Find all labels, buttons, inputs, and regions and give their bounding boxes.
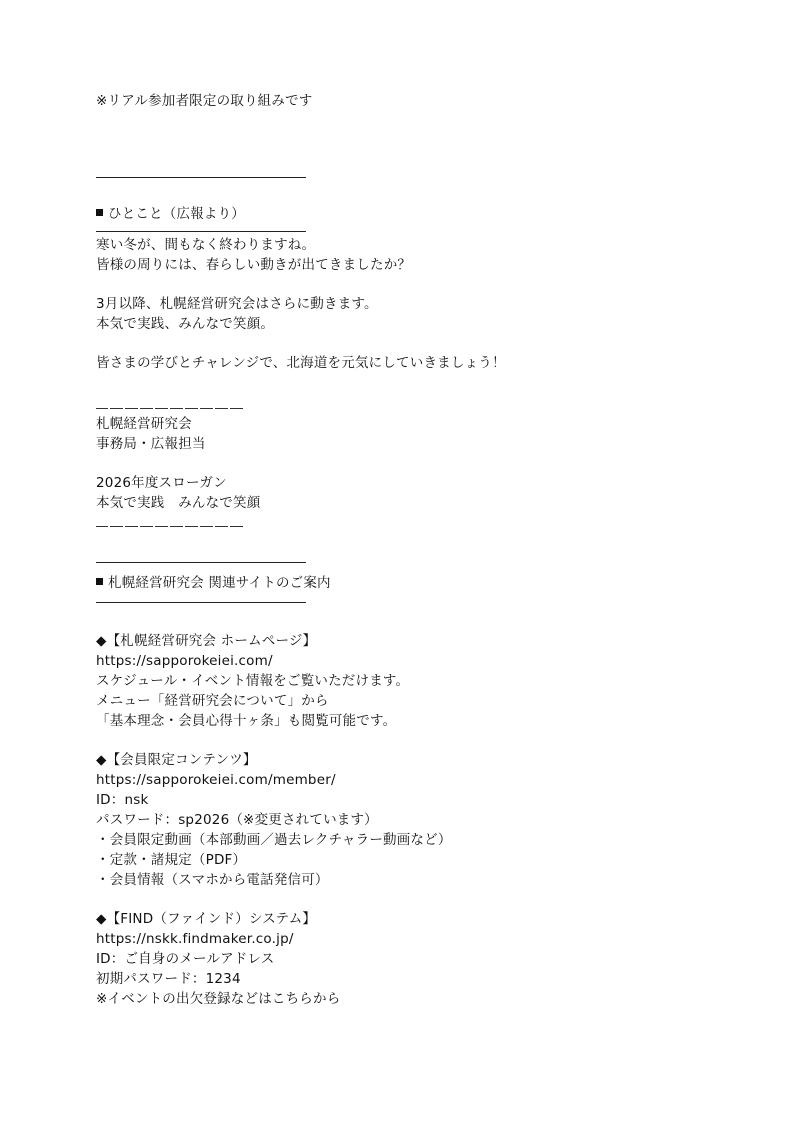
find-note: ※イベントの出欠登録などはこちらから	[96, 990, 340, 1008]
member-id: ID：nsk	[96, 791, 148, 809]
homepage-description: 「基本理念・会員心得十ヶ条」も閲覧可能です。	[96, 712, 396, 730]
message-line: 3月以降、札幌経営研究会はさらに動きます。	[96, 295, 378, 313]
slogan-label: 2026年度スローガン	[96, 474, 227, 492]
homepage-url-link[interactable]: https://sapporokeiei.com/	[96, 652, 273, 670]
find-id: ID：ご自身のメールアドレス	[96, 950, 275, 968]
member-title: ◆【会員限定コンテンツ】	[96, 751, 257, 769]
find-title: ◆【FIND（ファインド）システム】	[96, 910, 316, 928]
member-item: ・会員情報（スマホから電話発信可）	[96, 871, 329, 889]
separator-line	[96, 177, 306, 178]
find-password: 初期パスワード：1234	[96, 970, 241, 988]
member-item: ・会員限定動画（本部動画／過去レクチャラー動画など）	[96, 831, 452, 849]
message-line: 本気で実践、みんなで笑顔。	[96, 315, 274, 333]
member-url-link[interactable]: https://sapporokeiei.com/member/	[96, 771, 336, 789]
signature-org: 札幌経営研究会	[96, 415, 192, 433]
member-password: パスワード：sp2026（※変更されています）	[96, 811, 378, 829]
message-line: 皆様の周りには、春らしい動きが出てきましたか？	[96, 256, 411, 274]
member-item: ・定款・諸規定（PDF）	[96, 851, 246, 869]
section-heading-related-sites: 札幌経営研究会 関連サイトのご案内	[96, 574, 331, 592]
separator-line	[96, 562, 306, 563]
homepage-description: スケジュール・イベント情報をご覧いただけます。	[96, 672, 409, 690]
homepage-description: メニュー「経営研究会について」から	[96, 692, 329, 710]
signature-dept: 事務局・広報担当	[96, 435, 206, 453]
intro-note: ※リアル参加者限定の取り組みです	[96, 92, 312, 110]
square-bullet-icon	[96, 209, 103, 216]
find-url-link[interactable]: https://nskk.findmaker.co.jp/	[96, 930, 294, 948]
message-line: 皆さまの学びとチャレンジで、北海道を元気にしていきましょう！	[96, 354, 506, 372]
message-line: 寒い冬が、間もなく終わりますね。	[96, 236, 315, 254]
homepage-title: ◆【札幌経営研究会 ホームページ】	[96, 632, 316, 650]
section-heading-hitokoto: ひとこと（広報より）	[96, 205, 245, 223]
separator-line	[96, 231, 306, 232]
square-bullet-icon	[96, 578, 103, 585]
separator-line	[96, 602, 306, 603]
slogan-text: 本気で実践 みんなで笑顔	[96, 494, 260, 512]
dash-separator	[96, 526, 244, 527]
dash-separator	[96, 408, 244, 409]
